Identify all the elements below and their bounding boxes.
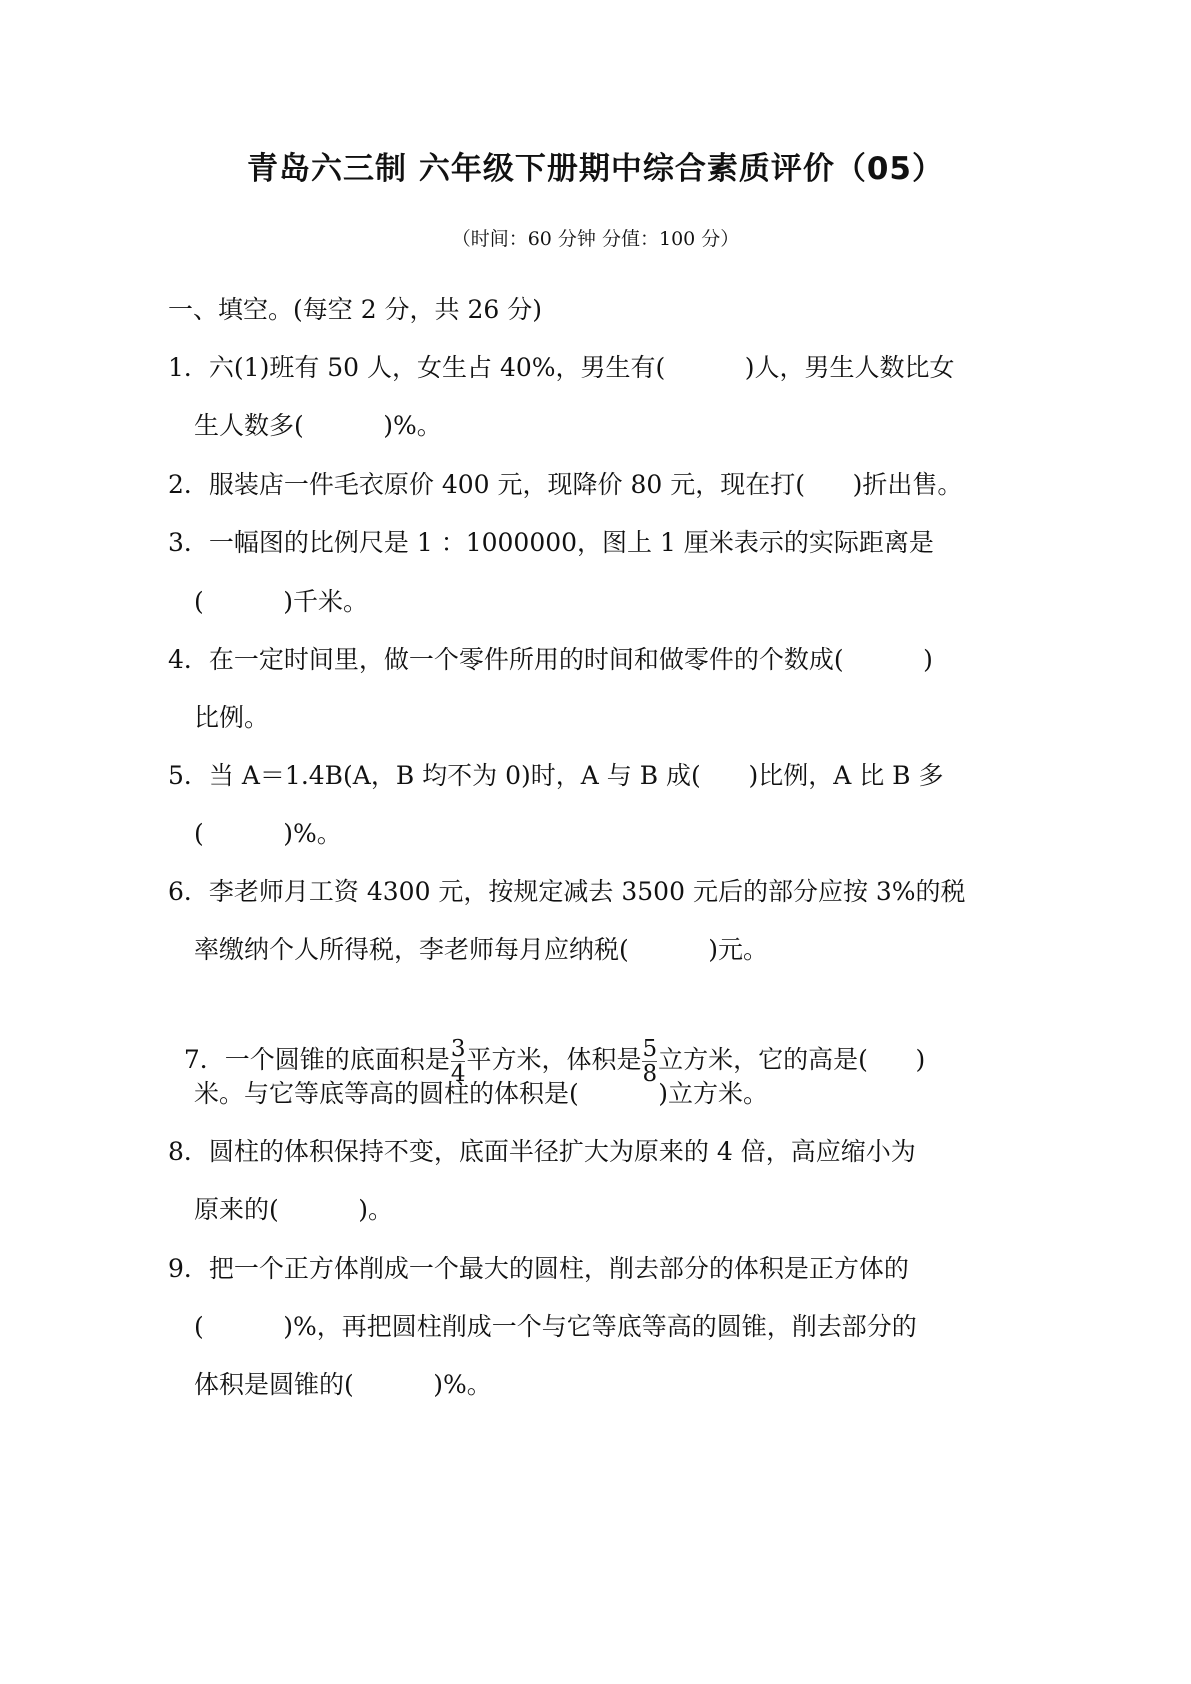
question-6-cont: 率缴纳个人所得税，李老师每月应纳税( )元。 [194, 934, 768, 966]
question-7-part2: 平方米，体积是 [466, 1045, 641, 1074]
question-7-cont: 米。与它等底等高的圆柱的体积是( )立方米。 [194, 1078, 768, 1110]
question-2: 2．服装店一件毛衣原价 400 元，现降价 80 元，现在打( )折出售。 [168, 469, 962, 501]
question-3: 3．一幅图的比例尺是 1 ：1000000，图上 1 厘米表示的实际距离是 [168, 527, 934, 559]
question-7: 7．一个圆锥的底面积是34平方米，体积是58立方米，它的高是( ) [168, 1005, 925, 1086]
question-8-cont: 原来的( )。 [194, 1194, 393, 1226]
question-7-part3: 立方米，它的高是( ) [658, 1045, 925, 1074]
page-title: 青岛六三制 六年级下册期中综合素质评价（05） [0, 143, 1191, 188]
question-1-cont: 生人数多( )%。 [194, 410, 442, 442]
exam-info: （时间：60 分钟 分值：100 分） [0, 224, 1191, 251]
section-heading: 一、填空。(每空 2 分，共 26 分) [168, 294, 542, 326]
question-4: 4．在一定时间里，做一个零件所用的时间和做零件的个数成( ) [168, 644, 933, 676]
question-9: 9．把一个正方体削成一个最大的圆柱，削去部分的体积是正方体的 [168, 1253, 909, 1285]
question-6: 6．李老师月工资 4300 元，按规定减去 3500 元后的部分应按 3%的税 [168, 876, 966, 908]
question-4-cont: 比例。 [194, 702, 269, 734]
question-9-cont2: 体积是圆锥的( )%。 [194, 1369, 492, 1401]
question-5: 5．当 A＝1.4B(A，B 均不为 0)时，A 与 B 成( )比例，A 比 … [168, 760, 944, 792]
question-5-cont: ( )%。 [194, 818, 342, 850]
question-9-cont: ( )%，再把圆柱削成一个与它等底等高的圆锥，削去部分的 [194, 1311, 917, 1343]
question-3-cont: ( )千米。 [194, 586, 368, 618]
question-1: 1．六(1)班有 50 人，女生占 40%，男生有( )人，男生人数比女 [168, 352, 955, 384]
question-8: 8．圆柱的体积保持不变，底面半径扩大为原来的 4 倍，高应缩小为 [168, 1136, 916, 1168]
question-7-part1: 7．一个圆锥的底面积是 [184, 1045, 450, 1074]
